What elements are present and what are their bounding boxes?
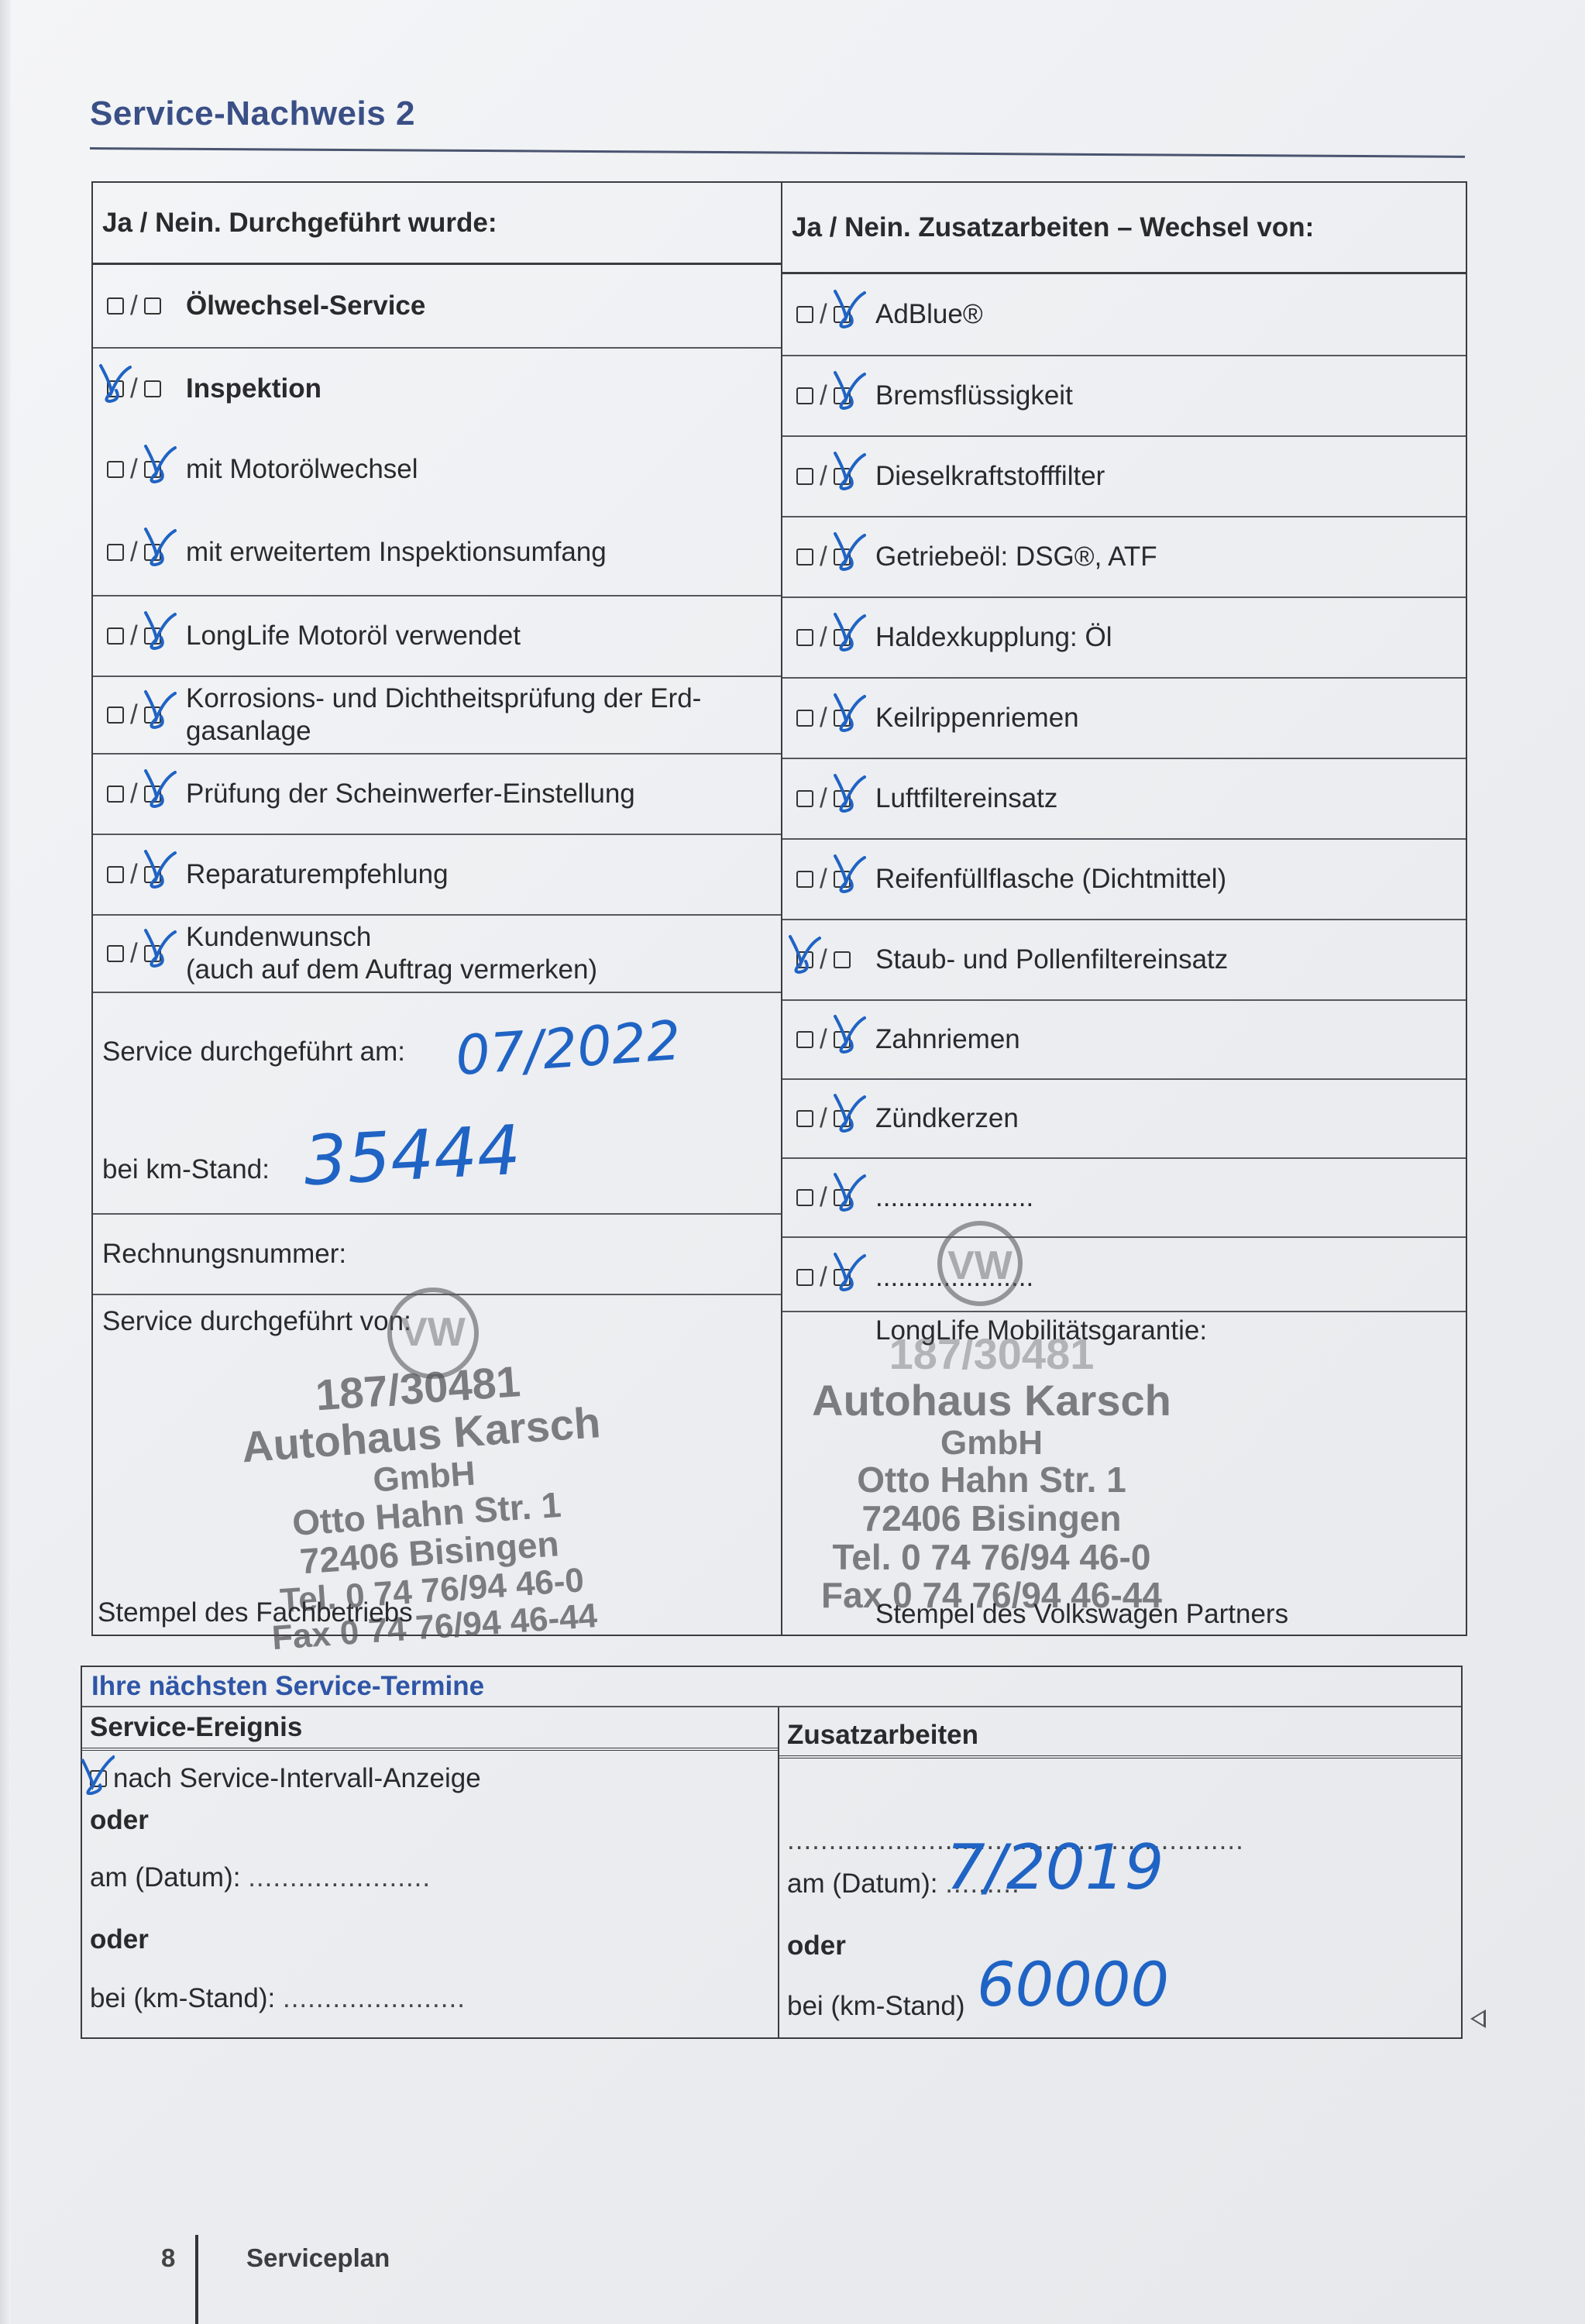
yes-no-checkboxes: /	[102, 290, 186, 321]
service-record-page: Service-Nachweis 2 Ja / Nein. Durchgefüh…	[0, 0, 1585, 2324]
additional-item-row: / Zündkerzen	[782, 1080, 1466, 1159]
yes-no-checkboxes: /	[792, 461, 875, 492]
performed-item-row: / Reparaturempfehlung	[93, 835, 781, 916]
yes-checkbox[interactable]	[107, 544, 124, 561]
yes-no-checkboxes: /	[792, 380, 875, 411]
performed-header: Ja / Nein. Durchgeführt wurde:	[93, 183, 781, 265]
yes-no-checkboxes: /	[102, 537, 186, 568]
no-checkbox[interactable]	[834, 951, 851, 968]
page-title: Service-Nachweis 2	[90, 95, 415, 133]
no-checkbox[interactable]	[144, 380, 161, 397]
performed-item-row: / Prüfung der Scheinwerfer-Einstellung	[93, 755, 781, 835]
service-date-label: Service durchgeführt am:	[102, 1037, 405, 1067]
service-table: Ja / Nein. Durchgeführt wurde: / Ölwechs…	[91, 181, 1467, 1636]
no-checkbox[interactable]	[834, 790, 851, 807]
performed-column: Ja / Nein. Durchgeführt wurde: / Ölwechs…	[93, 183, 782, 1635]
dealer-stamp-right: 187/30481 Autohaus Karsch GmbH Otto Hahn…	[790, 1331, 1193, 1615]
performed-by-label: Service durchgeführt von:	[102, 1306, 411, 1337]
no-checkbox[interactable]	[834, 1031, 851, 1048]
yes-checkbox[interactable]	[796, 1269, 813, 1286]
no-checkbox[interactable]	[834, 548, 851, 566]
no-checkbox[interactable]	[834, 1110, 851, 1127]
service-event-header: Service-Ereignis	[82, 1707, 778, 1751]
page-edge	[0, 0, 11, 2324]
yes-checkbox[interactable]	[796, 306, 813, 323]
invoice-row: Rechnungsnummer:	[93, 1215, 781, 1295]
no-checkbox[interactable]	[834, 871, 851, 888]
additional-work-next-column: Zusatzarbeiten .........................…	[779, 1707, 1461, 2037]
performed-item-label: Inspektion	[186, 373, 321, 405]
additional-item-label: Keilrippenriemen	[875, 702, 1079, 734]
no-checkbox[interactable]	[834, 468, 851, 485]
footer-section: Serviceplan	[246, 2243, 390, 2273]
additional-item-row: / Keilrippenriemen	[782, 679, 1466, 759]
partner-stamp-label: Stempel des Volkswagen Partners	[875, 1599, 1288, 1630]
performed-item-row: / Ölwechsel-Service	[93, 265, 781, 349]
additional-item-row: / Staub- und Pollenfiltereinsatz	[782, 920, 1466, 1001]
additional-work-header: Ja / Nein. Zusatzarbeiten – Wechsel von:	[782, 183, 1466, 274]
additional-item-row: / Dieselkraftstofffilter	[782, 437, 1466, 517]
yes-checkbox[interactable]	[796, 1110, 813, 1127]
additional-item-label: Haldexkupplung: Öl	[875, 621, 1112, 654]
yes-checkbox[interactable]	[796, 871, 813, 888]
additional-item-row: / Haldexkupplung: Öl	[782, 598, 1466, 679]
yes-checkbox[interactable]	[107, 945, 124, 962]
no-checkbox[interactable]	[834, 629, 851, 646]
or-label-3: oder	[787, 1930, 846, 1961]
yes-checkbox[interactable]	[796, 710, 813, 727]
yes-no-checkboxes: /	[102, 938, 186, 969]
additional-work-column: Ja / Nein. Zusatzarbeiten – Wechsel von:…	[782, 183, 1466, 1635]
yes-no-checkboxes: /	[792, 1103, 875, 1134]
yes-no-checkboxes: /	[102, 454, 186, 485]
workshop-stamp-label: Stempel des Fachbetriebs	[98, 1597, 413, 1628]
yes-checkbox[interactable]	[796, 951, 813, 968]
performed-item-row: / mit erweitertem Inspektionsumfang	[93, 510, 781, 596]
checkmark-icon	[81, 1755, 115, 1795]
additional-item-label: .....................	[875, 1181, 1033, 1214]
yes-no-checkboxes: /	[792, 864, 875, 895]
performed-item-row: / LongLife Motoröl verwendet	[93, 596, 781, 677]
additional-item-row: / Bremsflüssigkeit	[782, 356, 1466, 437]
additional-item-row: / Zahnriemen	[782, 1001, 1466, 1080]
yes-checkbox[interactable]	[107, 380, 124, 397]
yes-no-checkboxes: /	[792, 1024, 875, 1055]
yes-checkbox[interactable]	[796, 548, 813, 566]
performed-by-block: Service durchgeführt von: 187/30481 Auto…	[93, 1295, 781, 1638]
yes-no-checkboxes: /	[102, 859, 186, 890]
no-checkbox[interactable]	[144, 627, 161, 645]
additional-item-label: AdBlue®	[875, 298, 983, 331]
additional-item-row: / Luftfiltereinsatz	[782, 759, 1466, 840]
no-checkbox[interactable]	[834, 710, 851, 727]
yes-checkbox[interactable]	[796, 790, 813, 807]
performed-item-row: / Inspektion	[93, 349, 781, 429]
continue-triangle-icon	[1470, 2009, 1486, 2028]
yes-no-checkboxes: /	[792, 1262, 875, 1293]
yes-checkbox[interactable]	[107, 866, 124, 883]
no-checkbox[interactable]	[144, 461, 161, 478]
no-checkbox[interactable]	[834, 387, 851, 404]
no-checkbox[interactable]	[834, 306, 851, 323]
yes-checkbox[interactable]	[796, 468, 813, 485]
interval-checkbox[interactable]	[90, 1770, 107, 1787]
next-km-field[interactable]: bei (km-Stand): ......................	[90, 1983, 466, 2014]
or-label-1: oder	[90, 1805, 149, 1836]
additional-work-next-header: Zusatzarbeiten	[779, 1715, 1461, 1758]
km-value[interactable]: 35444	[301, 1110, 522, 1202]
footer-divider	[195, 2235, 198, 2324]
no-checkbox[interactable]	[144, 544, 161, 561]
additional-item-label: Reifenfüllflasche (Dichtmittel)	[875, 863, 1226, 896]
vw-stamp-logo-right	[937, 1221, 1023, 1306]
service-event-column: Service-Ereignis nach Service-Intervall-…	[82, 1707, 779, 2037]
title-rule	[90, 147, 1465, 158]
additional-item-label: Dieselkraftstofffilter	[875, 460, 1105, 493]
additional-item-label: Getriebeöl: DSG®, ATF	[875, 541, 1157, 573]
no-checkbox[interactable]	[834, 1189, 851, 1206]
no-checkbox[interactable]	[144, 706, 161, 724]
performed-item-label: Reparaturempfehlung	[186, 858, 449, 891]
yes-no-checkboxes: /	[792, 299, 875, 330]
additional-item-row: / AdBlue®	[782, 274, 1466, 356]
additional-item-row: / .....................	[782, 1159, 1466, 1238]
yes-checkbox[interactable]	[796, 629, 813, 646]
next-date-field[interactable]: am (Datum): ......................	[90, 1862, 431, 1893]
yes-checkbox[interactable]	[107, 706, 124, 724]
performed-item-label: LongLife Motoröl verwendet	[186, 620, 521, 652]
additional-item-label: Bremsflüssigkeit	[875, 380, 1073, 412]
yes-no-checkboxes: /	[102, 373, 186, 404]
additional-item-row: / Reifenfüllflasche (Dichtmittel)	[782, 840, 1466, 920]
yes-checkbox[interactable]	[796, 1031, 813, 1048]
yes-checkbox[interactable]	[107, 786, 124, 803]
performed-item-label: Prüfung der Scheinwerfer-Einstellung	[186, 778, 635, 810]
performed-item-label: Korrosions- und Dichtheitsprüfung der Er…	[186, 682, 701, 748]
performed-item-label: Ölwechsel-Service	[186, 290, 425, 322]
no-checkbox[interactable]	[144, 297, 161, 315]
yes-checkbox[interactable]	[107, 461, 124, 478]
yes-no-checkboxes: /	[792, 944, 875, 975]
additional-item-label: Zahnriemen	[875, 1023, 1020, 1056]
performed-item-label: Kundenwunsch (auch auf dem Auftrag verme…	[186, 921, 597, 986]
yes-no-checkboxes: /	[102, 779, 186, 810]
next-additional-km-value[interactable]: 60000	[977, 1951, 1169, 2020]
date-km-block: Service durchgeführt am: 07/2022 bei km-…	[93, 982, 781, 1215]
next-service-table: Ihre nächsten Service-Termine Service-Er…	[81, 1666, 1463, 2039]
no-checkbox[interactable]	[834, 1269, 851, 1286]
next-service-title: Ihre nächsten Service-Termine	[82, 1667, 1461, 1707]
additional-item-row: / .....................	[782, 1238, 1466, 1317]
yes-checkbox[interactable]	[796, 1189, 813, 1206]
km-label: bei km-Stand:	[102, 1154, 270, 1185]
yes-no-checkboxes: /	[102, 700, 186, 731]
performed-item-row: / Korrosions- und Dichtheitsprüfung der …	[93, 677, 781, 755]
yes-no-checkboxes: /	[792, 622, 875, 653]
yes-no-checkboxes: /	[792, 783, 875, 814]
additional-item-label: Staub- und Pollenfiltereinsatz	[875, 944, 1228, 976]
additional-item-label: Zündkerzen	[875, 1102, 1019, 1135]
performed-item-row: / Kundenwunsch (auch auf dem Auftrag ver…	[93, 916, 781, 993]
yes-no-checkboxes: /	[792, 1182, 875, 1213]
yes-checkbox[interactable]	[796, 387, 813, 404]
next-additional-date-value[interactable]: 7/2019	[946, 1831, 1164, 1903]
service-date-value[interactable]: 07/2022	[453, 1009, 682, 1088]
yes-no-checkboxes: /	[792, 541, 875, 572]
yes-checkbox[interactable]	[107, 627, 124, 645]
performed-item-label: mit erweitertem Inspektionsumfang	[186, 536, 607, 569]
additional-item-label: Luftfiltereinsatz	[875, 782, 1057, 815]
interval-option[interactable]: nach Service-Intervall-Anzeige	[90, 1763, 481, 1794]
performed-item-label: mit Motorölwechsel	[186, 453, 418, 486]
no-checkbox[interactable]	[144, 945, 161, 962]
no-checkbox[interactable]	[144, 786, 161, 803]
additional-item-row: / Getriebeöl: DSG®, ATF	[782, 517, 1466, 598]
page-number: 8	[161, 2243, 175, 2273]
performed-item-row: / mit Motorölwechsel	[93, 429, 781, 510]
or-label-2: oder	[90, 1924, 149, 1955]
yes-no-checkboxes: /	[792, 703, 875, 734]
next-additional-km-field[interactable]: bei (km-Stand)	[787, 1991, 965, 2022]
yes-no-checkboxes: /	[102, 621, 186, 651]
partner-stamp-block: LongLife Mobilitätsgarantie: 187/30481 A…	[782, 1311, 1466, 1638]
yes-checkbox[interactable]	[107, 297, 124, 315]
invoice-label: Rechnungsnummer:	[102, 1239, 346, 1270]
no-checkbox[interactable]	[144, 866, 161, 883]
